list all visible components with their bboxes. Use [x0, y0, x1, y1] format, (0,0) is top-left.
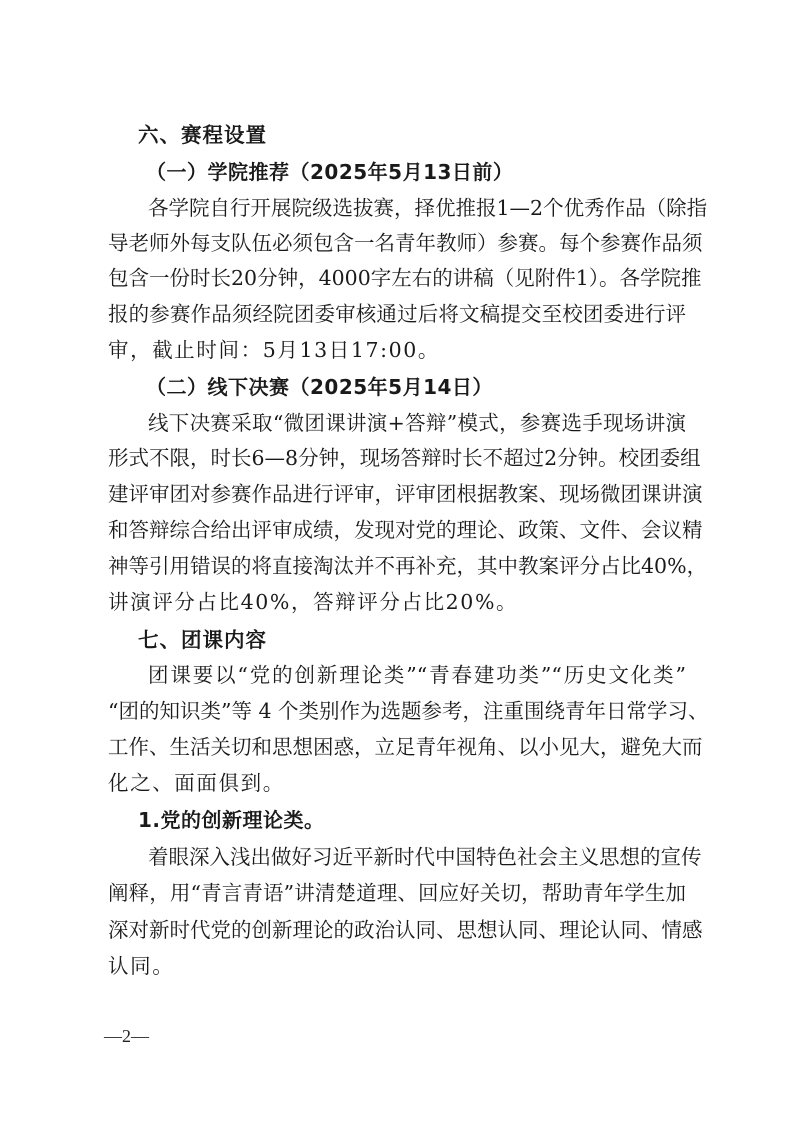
paragraph-line: 讲演评分占比40%，答辩评分占比20%。: [108, 588, 686, 616]
paragraph-line: 工作、生活关切和思想困惑，立足青年视角、以小见大，避免大而: [108, 733, 686, 761]
paragraph-line: 深对新时代党的创新理论的政治认同、思想认同、理论认同、情感: [108, 916, 686, 944]
paragraph-line: 各学院自行开展院级选拔赛，择优推报1—2个优秀作品（除指: [148, 194, 686, 222]
paragraph-line: 建评审团对参赛作品进行评审，评审团根据教案、现场微团课讲演: [108, 480, 686, 508]
paragraph-line: 阐释，用“青言青语”讲清楚道理、回应好关切，帮助青年学生加: [108, 879, 686, 907]
paragraph-line: 形式不限，时长6—8分钟，现场答辩时长不超过2分钟。校团委组: [108, 444, 686, 472]
paragraph-line: 认同。: [108, 952, 686, 980]
paragraph-line: 包含一份时长20分钟，4000字左右的讲稿（见附件1）。各学院推: [108, 264, 686, 292]
paragraph-line: 报的参赛作品须经院团委审核通过后将文稿提交至校团委进行评: [108, 300, 686, 328]
subsection-heading-offline-final: （二）线下决赛（2025年5月14日）: [146, 373, 724, 401]
paragraph-line: 线下决赛采取“微团课讲演+答辩”模式，参赛选手现场讲演: [148, 409, 686, 437]
paragraph-line: 导老师外每支队伍必须包含一名青年教师）参赛。每个参赛作品须: [108, 229, 686, 257]
paragraph-line: 着眼深入浅出做好习近平新时代中国特色社会主义思想的宣传: [148, 843, 686, 871]
paragraph-line: “团的知识类”等 4 个类别作为选题参考，注重围绕青年日常学习、: [108, 697, 686, 725]
item-heading-party-theory: 1.党的创新理论类。: [138, 806, 716, 834]
subsection-heading-college-recommendation: （一）学院推荐（2025年5月13日前）: [146, 158, 724, 186]
section-heading-course-content: 七、团课内容: [138, 626, 716, 654]
paragraph-line: 审，截止时间：5月13日17:00。: [108, 336, 686, 364]
section-heading-schedule: 六、赛程设置: [138, 121, 716, 149]
page-number: —2—: [104, 1024, 149, 1048]
paragraph-line: 团课要以“党的创新理论类”“青春建功类”“历史文化类”: [148, 661, 686, 689]
paragraph-line: 神等引用错误的将直接淘汰并不再补充，其中教案评分占比40%，: [108, 552, 686, 580]
paragraph-line: 化之、面面俱到。: [108, 769, 686, 797]
paragraph-line: 和答辩综合给出评审成绩，发现对党的理论、政策、文件、会议精: [108, 516, 686, 544]
